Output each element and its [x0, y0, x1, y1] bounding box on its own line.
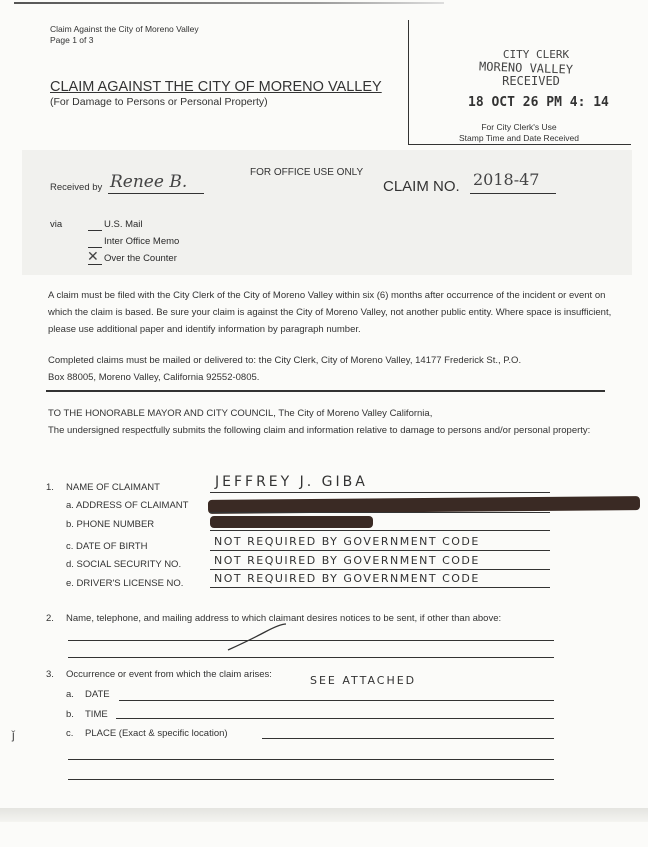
- via-option-us-mail[interactable]: U.S. Mail: [104, 219, 143, 230]
- claim-no-line: [470, 193, 556, 194]
- name-line: [210, 492, 550, 493]
- margin-mark: ǰ: [12, 728, 15, 742]
- license-value[interactable]: NOT REQUIRED BY GOVERNMENT CODE: [214, 572, 480, 585]
- ssn-label: d. SOCIAL SECURITY NO.: [66, 559, 181, 570]
- address-line: [210, 512, 550, 513]
- date-line[interactable]: [119, 700, 554, 701]
- stamp-caption-2: Stamp Time and Date Received: [434, 133, 604, 143]
- dob-line: [210, 550, 550, 551]
- occurrence-note: SEE ATTACHED: [310, 674, 416, 687]
- page-subtitle: (For Damage to Persons or Personal Prope…: [50, 96, 268, 108]
- page-title: CLAIM AGAINST THE CITY OF MORENO VALLEY: [50, 79, 382, 95]
- address-statement: The undersigned respectfully submits the…: [48, 422, 613, 439]
- claim-no-value[interactable]: 2018-47: [473, 170, 539, 189]
- form-name: Claim Against the City of Moreno Valley: [50, 24, 199, 35]
- phone-redaction: [210, 516, 373, 528]
- stamp-datetime: 18 OCT 26 PM 4: 14: [468, 95, 609, 110]
- notice-line-2[interactable]: [68, 657, 554, 658]
- check-mark-icon: ✕: [87, 249, 99, 263]
- via-checkbox-line: [88, 230, 102, 231]
- received-by-line: [108, 193, 204, 194]
- divider: [46, 390, 605, 392]
- name-label: NAME OF CLAIMANT: [66, 482, 160, 493]
- notice-line-1[interactable]: [68, 640, 554, 641]
- received-by-label: Received by: [50, 182, 102, 193]
- name-value[interactable]: JEFFREY J. GIBA: [215, 474, 368, 490]
- via-option-inter-office[interactable]: Inter Office Memo: [104, 236, 179, 247]
- address-salutation: TO THE HONORABLE MAYOR AND CITY COUNCIL,…: [48, 405, 613, 422]
- received-by-value[interactable]: Renee B.: [110, 172, 187, 192]
- section-2-number: 2.: [46, 613, 54, 624]
- delivery-instructions: Completed claims must be mailed or deliv…: [48, 352, 528, 386]
- dob-value[interactable]: NOT REQUIRED BY GOVERNMENT CODE: [214, 535, 480, 548]
- place-line-2[interactable]: [68, 759, 554, 760]
- scan-shadow: [0, 808, 648, 822]
- claim-no-label: CLAIM NO.: [383, 178, 460, 195]
- address-label: a. ADDRESS OF CLAIMANT: [66, 500, 188, 511]
- time-line[interactable]: [116, 718, 554, 719]
- date-letter: a.: [66, 689, 74, 700]
- via-option-over-counter[interactable]: Over the Counter: [104, 253, 177, 264]
- office-use-heading: FOR OFFICE USE ONLY: [250, 167, 363, 178]
- scan-edge: [14, 2, 444, 4]
- via-label: via: [50, 219, 62, 230]
- dob-label: c. DATE OF BIRTH: [66, 541, 147, 552]
- place-letter: c.: [66, 728, 73, 739]
- filing-instructions: A claim must be filed with the City Cler…: [48, 287, 613, 338]
- date-label: DATE: [85, 689, 110, 700]
- ssn-value[interactable]: NOT REQUIRED BY GOVERNMENT CODE: [214, 554, 480, 567]
- stamp-caption-1: For City Clerk's Use: [444, 122, 594, 132]
- page-number: Page 1 of 3: [50, 35, 93, 46]
- place-line[interactable]: [262, 738, 554, 739]
- ssn-line: [210, 569, 550, 570]
- stamp-line-3: RECEIVED: [486, 74, 576, 88]
- via-checkbox-line: [88, 264, 102, 265]
- section-3-number: 3.: [46, 669, 54, 680]
- occurrence-label: Occurrence or event from which the claim…: [66, 669, 272, 680]
- section-1-number: 1.: [46, 482, 54, 493]
- place-line-3[interactable]: [68, 779, 554, 780]
- time-label: TIME: [85, 709, 108, 720]
- time-letter: b.: [66, 709, 74, 720]
- license-line: [210, 587, 550, 588]
- phone-line: [210, 530, 550, 531]
- place-label: PLACE (Exact & specific location): [85, 728, 228, 739]
- license-label: e. DRIVER'S LICENSE NO.: [66, 578, 183, 589]
- phone-label: b. PHONE NUMBER: [66, 519, 154, 530]
- strike-through-mark: [220, 622, 290, 654]
- stamp-line-1: CITY CLERK: [486, 48, 586, 61]
